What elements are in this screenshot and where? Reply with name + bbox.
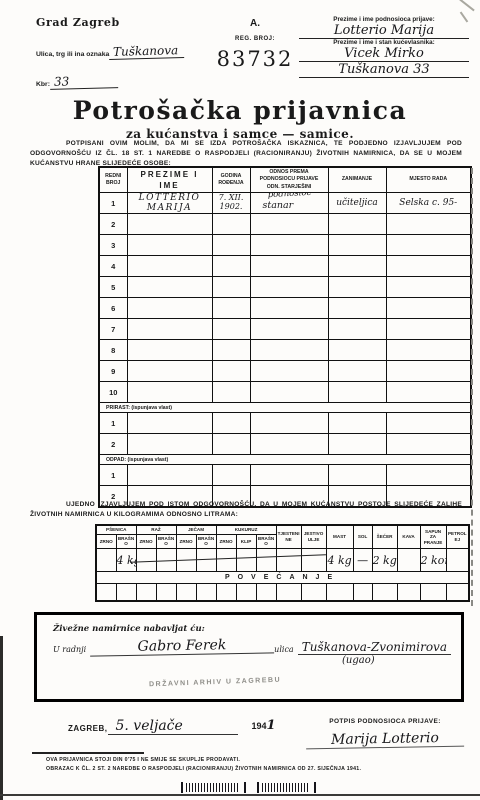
date-handwriting: 5. veljače: [108, 718, 238, 735]
col-header-odnos: ODNOS PREMA PODNOSIOCU PRIJAVE ODN. STAR…: [250, 167, 328, 193]
reg-no-value: 83732: [210, 47, 300, 71]
col-kukuruz: KUKURUZ: [216, 525, 276, 534]
col-header-prezime-ime: PREZIME I IME: [127, 167, 212, 193]
value-sol-handwriting: —: [353, 549, 372, 572]
scan-edge-bottom: [0, 794, 480, 796]
value-psenica-brasno-handwriting: 4 kg: [116, 549, 136, 572]
reg-no-label: REG. BROJ:: [210, 36, 300, 42]
microfilm-barcode-right: [262, 783, 310, 792]
povecanje-label: POVEĆANJE: [96, 572, 469, 584]
shop-value-handwriting: Gabro Ferek: [90, 636, 274, 656]
value-mast-handwriting: 4 kg: [326, 549, 353, 572]
scan-edge-left: [0, 636, 3, 800]
col-petrolej: PETROLEJ: [446, 525, 469, 549]
form-header-center: A. REG. BROJ: 83732: [210, 18, 300, 71]
form-title: Potrošačka prijavnica: [0, 96, 480, 125]
odpad-section-row: ODPAD: (ispunjava vlast): [99, 455, 471, 465]
barcode-tick: [244, 782, 246, 793]
barcode-tick: [314, 782, 316, 793]
applicant-value-handwriting: Lotterio Marija: [299, 23, 469, 39]
persons-table: REDNI BROJ PREZIME I IME GODINA ROĐENJA …: [98, 166, 472, 508]
col-psenica: PŠENICA: [96, 525, 136, 534]
persons-table-header-row: REDNI BROJ PREZIME I IME GODINA ROĐENJA …: [99, 167, 471, 193]
purchase-box: Živežne namirnice nabavljat ću: U radnji…: [34, 612, 464, 702]
house-no-value-handwriting: 33: [50, 73, 118, 90]
col-kava: KAVA: [397, 525, 420, 549]
col-jecam: JEČAM: [176, 525, 216, 534]
signature-block: POTPIS PODNOSIOCA PRIJAVE: Marija Lotter…: [306, 718, 464, 748]
signature-label: POTPIS PODNOSIOCA PRIJAVE:: [306, 718, 464, 725]
form-title-block: Potrošačka prijavnica za kućanstva i sam…: [0, 96, 480, 141]
col-header-zanimanje: ZANIMANJE: [328, 167, 386, 193]
prirast-row-1: 1: [99, 413, 471, 434]
value-secer-handwriting: 2 kg: [372, 549, 397, 572]
person-row-3: 3: [99, 235, 471, 256]
col-tjestenine: TJESTENINE: [276, 525, 301, 549]
form-letter: A.: [210, 18, 300, 29]
declaration-paragraph-2: UJEDNO IZJAVLJUJEM POD ISTOM ODGOVORNOŠĆ…: [30, 500, 462, 520]
person-row-8: 8: [99, 340, 471, 361]
person-row-10: 10: [99, 382, 471, 403]
landlord-label: Prezime i ime i stan kućevlasnika:: [299, 39, 469, 46]
person-row-2: 2: [99, 214, 471, 235]
signature-handwriting: Marija Lotterio: [306, 730, 464, 750]
microfilm-barcode-left: [186, 783, 240, 792]
col-mast: MAST: [326, 525, 353, 549]
form-header-left: Grad Zagreb Ulica, trg ili ina oznaka Tu…: [36, 16, 206, 89]
fine-print-line-2: OBRAZAC K ČL. 2 ST. 2 NAREDBE O RASPODJE…: [46, 766, 361, 772]
street-label: Ulica, trg ili ina oznaka: [36, 51, 109, 59]
form-header-right: Prezime i ime podnosioca prijave: Lotter…: [299, 16, 469, 78]
col-sapun: SAPUN ZA PRANJE: [420, 525, 446, 549]
person-workplace-handwriting: Selska c. 95-: [386, 193, 471, 214]
value-sapun-handwriting: 2 kom: [420, 549, 446, 572]
street-value-handwriting: Tuškanova: [109, 43, 185, 60]
col-header-redni-broj: REDNI BROJ: [99, 167, 127, 193]
col-header-godina-rodenja: GODINA ROĐENJA: [212, 167, 250, 193]
supplies-table: PŠENICA RAŽ JEČAM KUKURUZ TJESTENINE JES…: [95, 524, 470, 602]
purchase-intro: Živežne namirnice nabavljat ću:: [53, 624, 461, 634]
person-name-handwriting: LOTTERIO MARIJA: [127, 193, 212, 214]
shop-label: U radnji: [53, 645, 90, 655]
house-no-label: Kbr:: [36, 81, 50, 89]
scan-artifact: [459, 0, 474, 11]
person-row-4: 4: [99, 256, 471, 277]
person-row-6: 6: [99, 298, 471, 319]
street-field: Ulica, trg ili ina oznaka Tuškanova: [36, 44, 206, 59]
person-occupation-handwriting: učiteljica: [328, 193, 386, 214]
landlord-value-handwriting: Vicek Mirko: [299, 46, 469, 62]
col-raz: RAŽ: [136, 525, 176, 534]
person-row-9: 9: [99, 361, 471, 382]
year-field: 1941: [252, 718, 276, 735]
scan-edge-right: [471, 168, 473, 606]
col-secer: ŠEĆER: [372, 525, 397, 549]
scanned-form-page: Grad Zagreb Ulica, trg ili ina oznaka Tu…: [0, 0, 480, 800]
col-sol: SOL: [353, 525, 372, 549]
date-line: ZAGREB, 5. veljače 1941: [68, 718, 276, 735]
person-row-5: 5: [99, 277, 471, 298]
supplies-group-header-row: PŠENICA RAŽ JEČAM KUKURUZ TJESTENINE JES…: [96, 525, 469, 534]
person-row-1: 1 LOTTERIO MARIJA 7. XII. 1902. podnosio…: [99, 193, 471, 214]
landlord-address-handwriting: Tuškanova 33: [299, 62, 469, 78]
footer-rule: [32, 752, 144, 754]
prirast-section-row: PRIRAST: (ispunjava vlast): [99, 403, 471, 413]
city-label: Grad Zagreb: [36, 16, 206, 29]
applicant-label: Prezime i ime podnosioca prijave:: [299, 16, 469, 23]
odpad-label: ODPAD: (ispunjava vlast): [99, 455, 471, 465]
fine-print-line-1: OVA PRIJAVNICA STOJI DIN 0'75 I NE SMIJE…: [46, 757, 240, 763]
povecanje-row: POVEĆANJE: [96, 572, 469, 584]
person-relation-handwriting: podnosioc stanar: [250, 193, 328, 214]
barcode-tick: [257, 782, 259, 793]
house-no-field: Kbr: 33: [36, 74, 206, 89]
year-digit-handwriting: 1: [267, 718, 276, 733]
supplies-empty-row: [96, 584, 469, 602]
place-label: ZAGREB,: [68, 724, 108, 735]
archive-stamp: DRŽAVNI ARHIV U ZAGREBU: [149, 677, 281, 689]
purchase-shop-line: U radnji Gabro Ferek ulica Tuškanova-Zvo…: [53, 638, 451, 655]
person-row-7: 7: [99, 319, 471, 340]
prirast-row-2: 2: [99, 434, 471, 455]
barcode-tick: [181, 782, 183, 793]
odpad-row-1: 1: [99, 465, 471, 486]
street-value-box-handwriting: Tuškanova-Zvonimirova: [298, 640, 451, 655]
street-label-box: ulica: [274, 645, 298, 655]
col-jestivo-ulje: JESTIVO ULJE: [301, 525, 326, 549]
corner-note-handwriting: (ugao): [342, 655, 461, 666]
prirast-label: PRIRAST: (ispunjava vlast): [99, 403, 471, 413]
person-birth-handwriting: 7. XII. 1902.: [212, 193, 250, 214]
col-header-mjesto-rada: MJESTO RADA: [386, 167, 471, 193]
